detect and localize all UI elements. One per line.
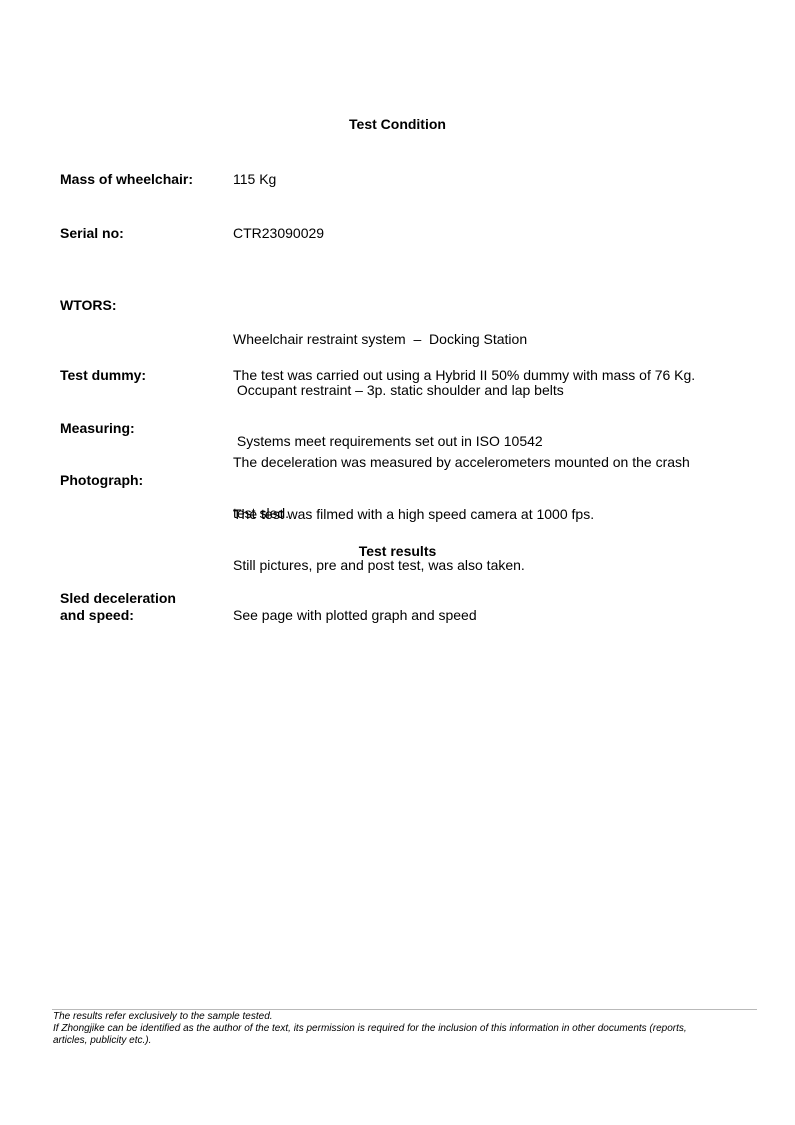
sled-deceleration-value: See page with plotted graph and speed bbox=[233, 607, 477, 624]
wtors-line: Wheelchair restraint system – Docking St… bbox=[233, 331, 564, 348]
photograph-line: The test was filmed with a high speed ca… bbox=[233, 506, 594, 523]
photograph-line: Still pictures, pre and post test, was a… bbox=[233, 557, 594, 574]
serial-no-label: Serial no: bbox=[60, 225, 124, 242]
footer-line: The results refer exclusively to the sam… bbox=[53, 1011, 753, 1023]
footer-disclaimer: The results refer exclusively to the sam… bbox=[53, 1011, 753, 1047]
footer-divider bbox=[52, 1009, 757, 1010]
measuring-line: The deceleration was measured by acceler… bbox=[233, 454, 690, 471]
serial-no-value: CTR23090029 bbox=[233, 225, 324, 242]
footer-line: articles, publicity etc.). bbox=[53, 1035, 753, 1047]
photograph-value: The test was filmed with a high speed ca… bbox=[233, 472, 594, 591]
mass-of-wheelchair-label: Mass of wheelchair: bbox=[60, 171, 193, 188]
wtors-label: WTORS: bbox=[60, 297, 117, 314]
sled-deceleration-label-line: Sled deceleration bbox=[60, 590, 176, 607]
test-dummy-label: Test dummy: bbox=[60, 367, 146, 384]
test-condition-heading: Test Condition bbox=[0, 116, 795, 132]
mass-of-wheelchair-value: 115 Kg bbox=[233, 171, 276, 188]
test-dummy-value: The test was carried out using a Hybrid … bbox=[233, 367, 695, 384]
sled-deceleration-label-line: and speed: bbox=[60, 607, 176, 624]
wtors-line: Occupant restraint – 3p. static shoulder… bbox=[233, 382, 564, 399]
test-results-heading: Test results bbox=[0, 543, 795, 559]
photograph-label: Photograph: bbox=[60, 472, 143, 489]
measuring-label: Measuring: bbox=[60, 420, 135, 437]
footer-line: If Zhongjike can be identified as the au… bbox=[53, 1023, 753, 1035]
sled-deceleration-label: Sled deceleration and speed: bbox=[60, 590, 176, 624]
